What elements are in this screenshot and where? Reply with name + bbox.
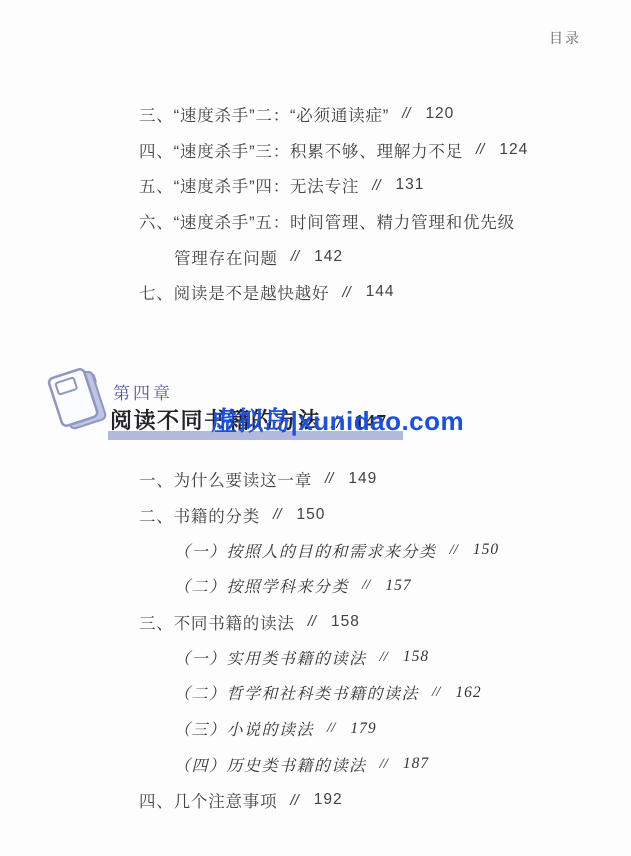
toc-page-number: 192 <box>314 791 343 809</box>
toc-page-sep: // <box>342 284 350 301</box>
toc-item-text: 三、不同书籍的读法 <box>139 610 295 634</box>
toc-page-number: 157 <box>385 577 411 595</box>
toc-item: 二、书籍的分类 // 150 <box>139 497 601 533</box>
toc-item: 七、阅读是不是越快越好 // 144 <box>139 274 601 310</box>
toc-page-number: 149 <box>348 470 377 488</box>
toc-item: （二）哲学和社科类书籍的读法 // 162 <box>139 675 601 711</box>
toc-page-sep: // <box>362 577 370 594</box>
toc-item: （二）按照学科来分类 // 157 <box>139 568 601 604</box>
toc-page: 目录 三、“速度杀手”二：“必须通读症” // 120 四、“速度杀手”三：积累… <box>0 0 631 856</box>
chapter-heading: 第四章 阅读不同书籍的方法//147 虚拟岛|xunidao.com <box>0 358 631 463</box>
toc-item-text: 三、“速度杀手”二：“必须通读症” <box>139 102 389 126</box>
toc-item: 三、“速度杀手”二：“必须通读症” // 120 <box>139 96 601 132</box>
toc-page-number: 131 <box>396 176 425 194</box>
toc-item: 一、为什么要读这一章 // 149 <box>139 461 601 497</box>
toc-page-number: 158 <box>331 613 360 631</box>
toc-page-number: 120 <box>425 105 454 123</box>
toc-page-number: 142 <box>314 248 343 266</box>
toc-item-text: 五、“速度杀手”四：无法专注 <box>139 173 359 197</box>
toc-item-text: 二、书籍的分类 <box>139 503 260 527</box>
toc-page-number: 144 <box>366 283 395 301</box>
toc-page-sep: // <box>325 470 333 487</box>
toc-item-text: 六、“速度杀手”五：时间管理、精力管理和优先级 <box>139 209 515 233</box>
toc-page-sep: // <box>450 542 458 559</box>
toc-item: 四、几个注意事项 // 192 <box>139 782 601 818</box>
toc-item-text: （一）按照人的目的和需求来分类 <box>174 539 437 562</box>
toc-item: 六、“速度杀手”五：时间管理、精力管理和优先级 <box>139 203 601 239</box>
toc-item-text: （二）哲学和社科类书籍的读法 <box>174 681 419 704</box>
toc-item-text: 一、为什么要读这一章 <box>139 467 312 491</box>
toc-page-sep: // <box>290 792 298 809</box>
toc-item: （一）按照人的目的和需求来分类 // 150 <box>139 532 601 568</box>
toc-page-number: 150 <box>473 541 499 559</box>
toc-item-text: （二）按照学科来分类 <box>174 574 349 597</box>
toc-item-text: 四、“速度杀手”三：积累不够、理解力不足 <box>139 138 463 162</box>
toc-page-sep: // <box>372 177 380 194</box>
toc-list-chapter: 一、为什么要读这一章 // 149 二、书籍的分类 // 150 （一）按照人的… <box>139 461 601 818</box>
book-icon <box>45 358 111 443</box>
toc-page-sep: // <box>380 649 388 666</box>
toc-page-number: 162 <box>455 684 481 702</box>
toc-page-number: 124 <box>499 141 528 159</box>
toc-page-sep: // <box>476 141 484 158</box>
toc-item: 五、“速度杀手”四：无法专注 // 131 <box>139 167 601 203</box>
toc-item-text: （三）小说的读法 <box>174 717 314 740</box>
toc-item-text: （四）历史类书籍的读法 <box>174 753 367 776</box>
toc-page-sep: // <box>308 613 316 630</box>
page-corner-label: 目录 <box>549 28 581 48</box>
toc-page-number: 158 <box>403 648 429 666</box>
toc-item-text: （一）实用类书籍的读法 <box>174 646 367 669</box>
toc-page-sep: // <box>402 105 410 122</box>
toc-page-number: 150 <box>296 506 325 524</box>
toc-item: 三、不同书籍的读法 // 158 <box>139 604 601 640</box>
toc-page-sep: // <box>327 720 335 737</box>
toc-page-sep: // <box>273 506 281 523</box>
toc-page-number: 179 <box>350 720 376 738</box>
toc-page-number: 187 <box>403 755 429 773</box>
toc-item: （三）小说的读法 // 179 <box>139 711 601 747</box>
site-watermark: 虚拟岛|xunidao.com <box>211 407 464 436</box>
toc-page-sep: // <box>432 684 440 701</box>
toc-item-text: 七、阅读是不是越快越好 <box>139 280 329 304</box>
toc-item: 四、“速度杀手”三：积累不够、理解力不足 // 124 <box>139 132 601 168</box>
toc-item: 管理存在问题 // 142 <box>139 239 601 275</box>
toc-item: （一）实用类书籍的读法 // 158 <box>139 639 601 675</box>
toc-page-sep: // <box>380 756 388 773</box>
toc-page-sep: // <box>291 248 299 265</box>
toc-list-top: 三、“速度杀手”二：“必须通读症” // 120 四、“速度杀手”三：积累不够、… <box>139 96 601 310</box>
toc-item: （四）历史类书籍的读法 // 187 <box>139 747 601 783</box>
chapter-number: 第四章 <box>113 379 173 404</box>
toc-item-text: 四、几个注意事项 <box>139 788 277 812</box>
toc-item-text: 管理存在问题 <box>174 245 278 269</box>
